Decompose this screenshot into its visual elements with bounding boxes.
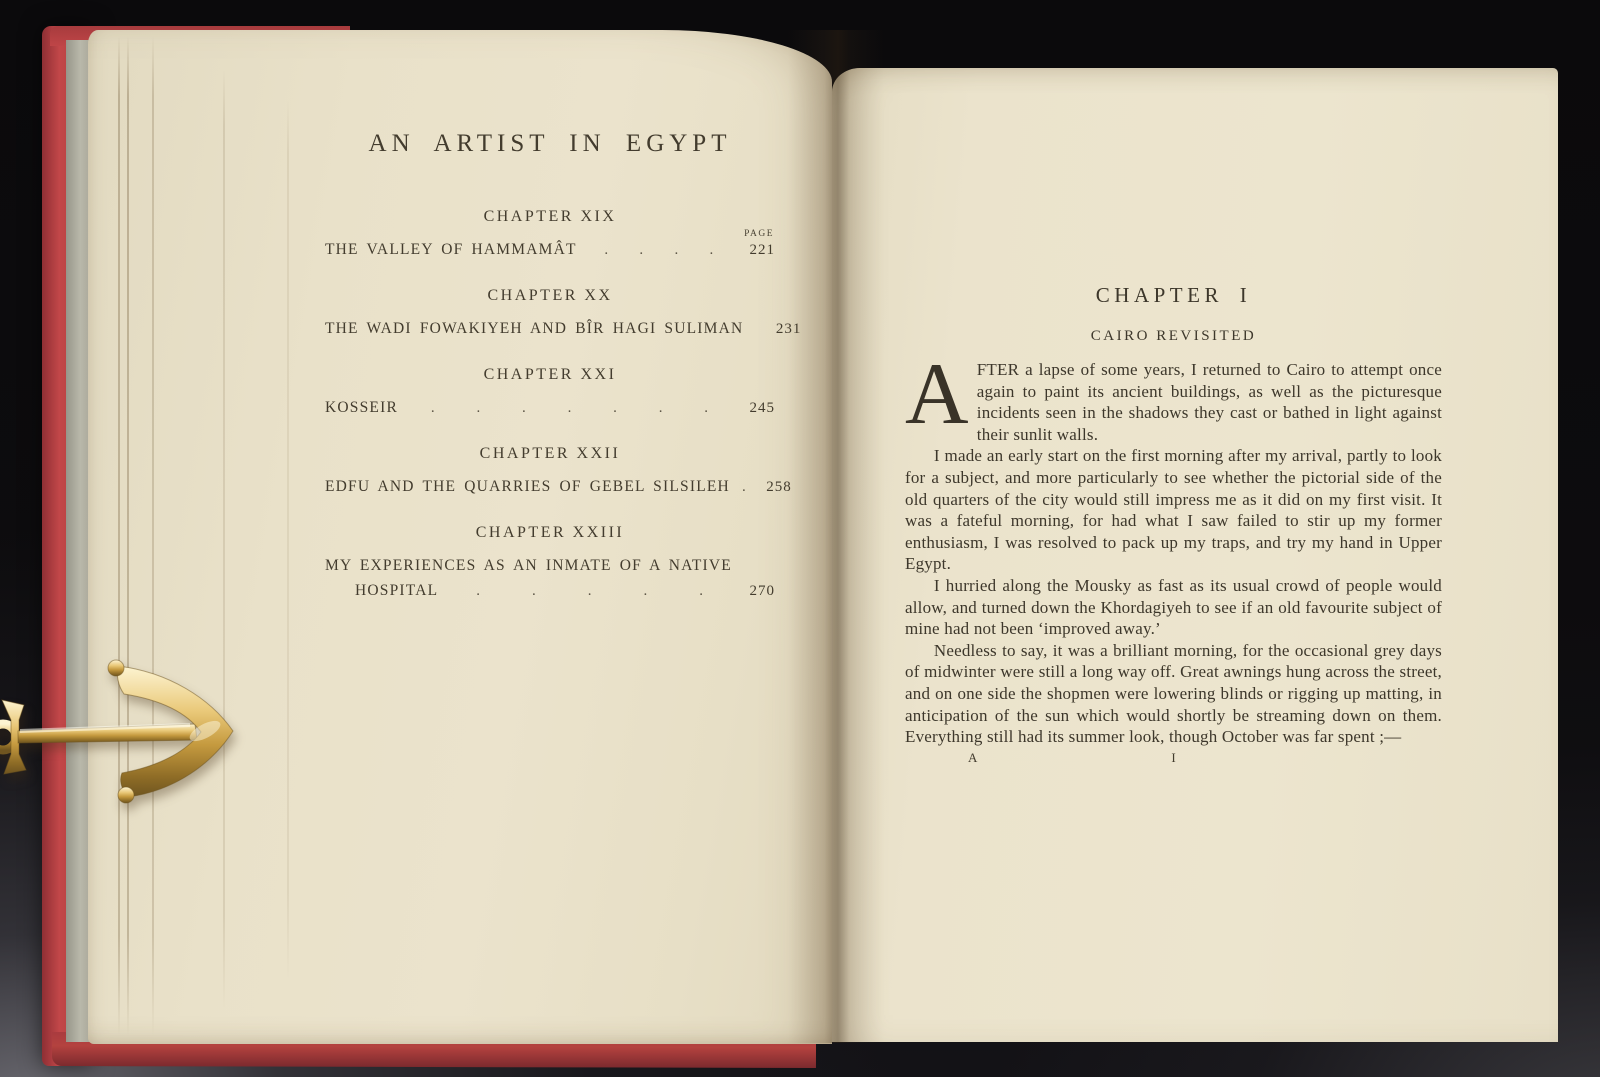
toc-chapter-heading: CHAPTER XXII xyxy=(325,445,775,463)
toc-entry-title: THE VALLEY OF HAMMAMÂT xyxy=(325,241,577,259)
toc-entry-continuation: HOSPITAL.....270 xyxy=(355,582,775,600)
toc-sections: PAGECHAPTER XIXTHE VALLEY OF HAMMAMÂT...… xyxy=(325,208,775,600)
toc-entry-title: HOSPITAL xyxy=(355,582,438,600)
toc-entry: THE WADI FOWAKIYEH AND BÎR HAGI SULIMAN2… xyxy=(325,320,775,338)
page-number: I xyxy=(1171,750,1175,766)
paragraph: AFTER a lapse of some years, I returned … xyxy=(905,359,1442,445)
toc-page-number: 258 xyxy=(758,479,792,496)
left-page: AN ARTIST IN EGYPT PAGECHAPTER XIXTHE VA… xyxy=(88,30,832,1044)
paragraph: I made an early start on the first morni… xyxy=(905,445,1442,575)
toc-entry: THE VALLEY OF HAMMAMÂT....221 xyxy=(325,241,775,259)
right-page: CHAPTER I CAIRO REVISITED AFTER a lapse … xyxy=(832,68,1558,1042)
toc-entry: MY EXPERIENCES AS AN INMATE OF A NATIVE xyxy=(325,557,775,575)
toc-section: CHAPTER XXIIEDFU AND THE QUARRIES OF GEB… xyxy=(325,445,775,496)
chapter-text-block: CHAPTER I CAIRO REVISITED AFTER a lapse … xyxy=(905,283,1442,772)
signature-mark: A xyxy=(968,750,978,766)
toc-section: CHAPTER XXTHE WADI FOWAKIYEH AND BÎR HAG… xyxy=(325,287,775,338)
toc-chapter-heading: CHAPTER XIX xyxy=(325,208,775,226)
toc-section: PAGECHAPTER XIXTHE VALLEY OF HAMMAMÂT...… xyxy=(325,208,775,259)
toc-chapter-heading: CHAPTER XX xyxy=(325,287,775,305)
book-running-title: AN ARTIST IN EGYPT xyxy=(325,130,775,158)
paragraph: Needless to say, it was a brilliant morn… xyxy=(905,640,1442,748)
page-foot-line: A I xyxy=(905,750,1442,772)
toc-section: CHAPTER XXIIIMY EXPERIENCES AS AN INMATE… xyxy=(325,524,775,600)
toc-entry-title: KOSSEIR xyxy=(325,399,398,417)
toc-entry-title: EDFU AND THE QUARRIES OF GEBEL SILSILEH xyxy=(325,478,730,496)
toc-page-number: 270 xyxy=(741,583,775,600)
toc-page-number: 245 xyxy=(741,400,775,417)
dot-leader: ....... xyxy=(398,400,741,417)
dot-leader: .... xyxy=(577,242,741,259)
photo-background: AN ARTIST IN EGYPT PAGECHAPTER XIXTHE VA… xyxy=(0,0,1600,1077)
toc-entry-title: MY EXPERIENCES AS AN INMATE OF A NATIVE xyxy=(325,557,732,575)
section-heading: CAIRO REVISITED xyxy=(905,328,1442,345)
dot-leader: . xyxy=(730,479,758,496)
toc-entry: KOSSEIR.......245 xyxy=(325,399,775,417)
page-column-label: PAGE xyxy=(744,229,774,239)
paragraph: I hurried along the Mousky as fast as it… xyxy=(905,575,1442,640)
toc-section: CHAPTER XXIKOSSEIR.......245 xyxy=(325,366,775,417)
toc-chapter-heading: CHAPTER XXIII xyxy=(325,524,775,542)
dot-leader: ..... xyxy=(438,583,741,600)
toc-page-number: 221 xyxy=(741,242,775,259)
chapter-heading: CHAPTER I xyxy=(905,283,1442,308)
body-text: AFTER a lapse of some years, I returned … xyxy=(905,359,1442,748)
table-of-contents: AN ARTIST IN EGYPT PAGECHAPTER XIXTHE VA… xyxy=(325,130,775,628)
toc-chapter-heading: CHAPTER XXI xyxy=(325,366,775,384)
toc-page-number: 231 xyxy=(767,321,801,338)
toc-entry-title: THE WADI FOWAKIYEH AND BÎR HAGI SULIMAN xyxy=(325,320,743,338)
anchor-bookmark-icon xyxy=(0,645,240,805)
toc-entry: EDFU AND THE QUARRIES OF GEBEL SILSILEH.… xyxy=(325,478,775,496)
drop-cap: A xyxy=(905,362,969,428)
